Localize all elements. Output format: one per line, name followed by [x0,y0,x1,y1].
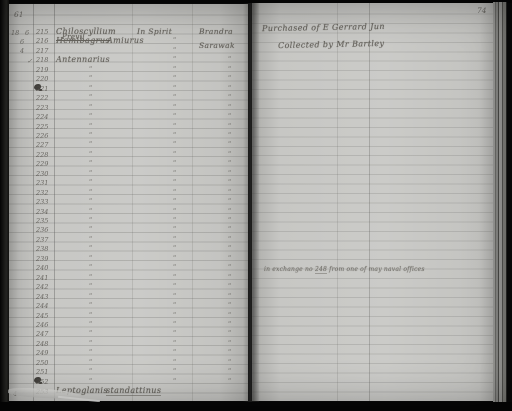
ditto-mark: ʺ [228,132,231,140]
page-edges-stack [493,2,507,402]
ditto-mark: ʺ [173,217,176,225]
column-rule [337,3,338,401]
ditto-mark: ʺ [89,141,92,149]
ditto-mark: ʺ [89,66,92,74]
ditto-mark: ʺ [89,245,92,253]
ditto-mark: ʺ [89,94,92,102]
row-number: 232 [36,189,48,197]
ditto-mark: ʺ [173,85,176,93]
row-number: 246 [36,321,48,329]
row-number: 224 [36,113,48,121]
ditto-mark: ʺ [89,255,92,263]
register-rows: 215ChiloscylliumPrevilIn SpiritBrandra21… [9,4,248,401]
ditto-mark: ʺ [89,349,92,357]
row-number: 240 [36,264,48,272]
ditto-mark: ʺ [173,37,176,45]
ditto-mark: ʺ [89,226,92,234]
ditto-mark: ʺ [89,283,92,291]
row-number: 231 [36,179,48,187]
ditto-mark: ʺ [173,123,176,131]
ditto-mark: ʺ [228,66,231,74]
ditto-mark: ʺ [173,47,176,55]
row-number: 243 [36,293,48,301]
footer-entry-species-epithet: standattinus [106,386,161,396]
row-number: 248 [36,340,48,348]
row-number: 219 [36,66,48,74]
ditto-mark: ʺ [89,104,92,112]
ditto-mark: ʺ [228,198,231,206]
acquisition-note-line1: Purchased of E Gerrard Jun [262,22,385,33]
ditto-mark: ʺ [228,226,231,234]
ditto-mark: ʺ [173,208,176,216]
ditto-mark: ʺ [228,208,231,216]
ditto-mark: ʺ [89,312,92,320]
row-number: 244 [36,302,48,310]
row-number: 242 [36,283,48,291]
ditto-mark: ʺ [228,236,231,244]
ditto-mark: ʺ [173,274,176,282]
ditto-mark: ʺ [89,189,92,197]
annotation-text: from one of may naval offices [327,266,425,273]
ditto-mark: ʺ [228,368,231,376]
ditto-mark: ʺ [173,66,176,74]
ditto-mark: ʺ [173,312,176,320]
ditto-mark: ʺ [89,160,92,168]
ditto-mark: ʺ [89,378,92,386]
ditto-mark: ʺ [228,245,231,253]
ditto-mark: ʺ [173,104,176,112]
ditto-mark: ʺ [173,170,176,178]
book-gutter-shadow [243,3,259,402]
ditto-mark: ʺ [173,226,176,234]
ditto-mark: ʺ [89,179,92,187]
ditto-mark: ʺ [89,340,92,348]
ditto-mark: ʺ [173,189,176,197]
locality-entry: Brandra [199,27,233,36]
ditto-mark: ʺ [89,330,92,338]
ditto-mark: ʺ [228,189,231,197]
ditto-mark: ʺ [228,283,231,291]
ditto-mark: ʺ [228,264,231,272]
row-number: 236 [36,226,48,234]
row-number: 229 [36,160,48,168]
ditto-mark: ʺ [228,321,231,329]
row-number: 239 [36,255,48,263]
ditto-mark: ʺ [89,123,92,131]
ditto-mark: ʺ [89,113,92,121]
ditto-mark: ʺ [173,236,176,244]
ditto-mark: ʺ [228,302,231,310]
ditto-mark: ʺ [228,330,231,338]
row-number: 221 [36,85,48,93]
row-number: 249 [36,349,48,357]
annotation-number: 248 [315,266,327,274]
ditto-mark: ʺ [89,75,92,83]
row-number: 220 [36,75,48,83]
ditto-mark: ʺ [228,349,231,357]
ditto-mark: ʺ [89,264,92,272]
ditto-mark: ʺ [228,217,231,225]
row-number: 228 [36,151,48,159]
ditto-mark: ʺ [173,368,176,376]
row-number: 230 [36,170,48,178]
ditto-mark: ʺ [228,104,231,112]
row-number: 225 [36,123,48,131]
ditto-mark: ʺ [89,302,92,310]
ditto-mark: ʺ [228,141,231,149]
ditto-mark: ʺ [173,198,176,206]
ditto-mark: ʺ [228,274,231,282]
ditto-mark: ʺ [173,283,176,291]
row-number: 233 [36,198,48,206]
row-number: 247 [36,330,48,338]
ditto-mark: ʺ [89,274,92,282]
ditto-mark: ʺ [89,236,92,244]
row-number: 217 [36,47,48,55]
row-number: 216 [36,37,48,45]
ditto-mark: ʺ [89,368,92,376]
ditto-mark: ʺ [173,330,176,338]
ditto-mark: ʺ [173,378,176,386]
ditto-mark: ʺ [173,349,176,357]
row-number: 226 [36,132,48,140]
photo-bottom-edge [0,402,512,411]
species-entry: Amiurus [107,36,144,45]
ditto-mark: ʺ [89,321,92,329]
ditto-mark: ʺ [89,132,92,140]
ditto-mark: ʺ [173,141,176,149]
ditto-mark: ʺ [173,321,176,329]
ruled-lines [252,5,494,401]
ditto-mark: ʺ [228,160,231,168]
species-entry-struck: Hemibagrus [56,36,110,45]
ditto-mark: ʺ [173,255,176,263]
row-number: 234 [36,208,48,216]
ditto-mark: ʺ [173,160,176,168]
row-number: 241 [36,274,48,282]
ditto-mark: ʺ [89,151,92,159]
register-left-page: 61 18664✓4 215ChiloscylliumPrevilIn Spir… [9,4,248,401]
ditto-mark: ʺ [228,359,231,367]
ditto-mark: ʺ [89,217,92,225]
ditto-mark: ʺ [89,208,92,216]
ditto-mark: ʺ [228,85,231,93]
ditto-mark: ʺ [173,75,176,83]
ditto-mark: ʺ [89,170,92,178]
ditto-mark: ʺ [173,179,176,187]
ditto-mark: ʺ [228,378,231,386]
ditto-mark: ʺ [228,113,231,121]
preservation-entry: In Spirit [137,27,172,36]
row-number: 222 [36,94,48,102]
row-number: 245 [36,312,48,320]
ditto-mark: ʺ [89,85,92,93]
register-right-page: 74 Purchased of E Gerrard Jun Collected … [252,3,494,401]
ditto-mark: ʺ [89,198,92,206]
ditto-mark: ʺ [228,170,231,178]
ditto-mark: ʺ [173,56,176,64]
ditto-mark: ʺ [228,151,231,159]
locality-entry: Sarawak [199,41,235,50]
row-number: 250 [36,359,48,367]
ditto-mark: ʺ [173,94,176,102]
book-cover-edge [0,0,9,411]
ditto-mark: ʺ [173,151,176,159]
ditto-mark: ʺ [173,245,176,253]
species-entry: Antennarius [56,55,110,64]
ditto-mark: ʺ [228,312,231,320]
row-number: 218 [36,56,48,64]
ditto-mark: ʺ [173,293,176,301]
row-number: 238 [36,245,48,253]
ditto-mark: ʺ [228,340,231,348]
ditto-mark: ʺ [228,123,231,131]
ditto-mark: ʺ [173,340,176,348]
row-number: 251 [36,368,48,376]
ditto-mark: ʺ [228,293,231,301]
annotation-text: in exchange no [264,266,315,273]
folio-number-right: 74 [477,6,487,15]
ditto-mark: ʺ [89,293,92,301]
row-number: 235 [36,217,48,225]
row-number: 237 [36,236,48,244]
ditto-mark: ʺ [228,94,231,102]
ditto-mark: ʺ [173,302,176,310]
row-number: 223 [36,104,48,112]
ditto-mark: ʺ [228,56,231,64]
ditto-mark: ʺ [173,113,176,121]
marginal-annotation: in exchange no 248 from one of may naval… [264,266,425,273]
ditto-mark: ʺ [228,255,231,263]
row-number: 252 [36,378,48,386]
ditto-mark: ʺ [228,179,231,187]
register-photo: 61 18664✓4 215ChiloscylliumPrevilIn Spir… [0,0,512,411]
row-number: 215 [36,28,48,36]
ditto-mark: ʺ [173,132,176,140]
row-number: 227 [36,141,48,149]
column-rule [369,3,370,401]
ditto-mark: ʺ [173,264,176,272]
ditto-mark: ʺ [89,359,92,367]
ditto-mark: ʺ [228,75,231,83]
ditto-mark: ʺ [173,359,176,367]
